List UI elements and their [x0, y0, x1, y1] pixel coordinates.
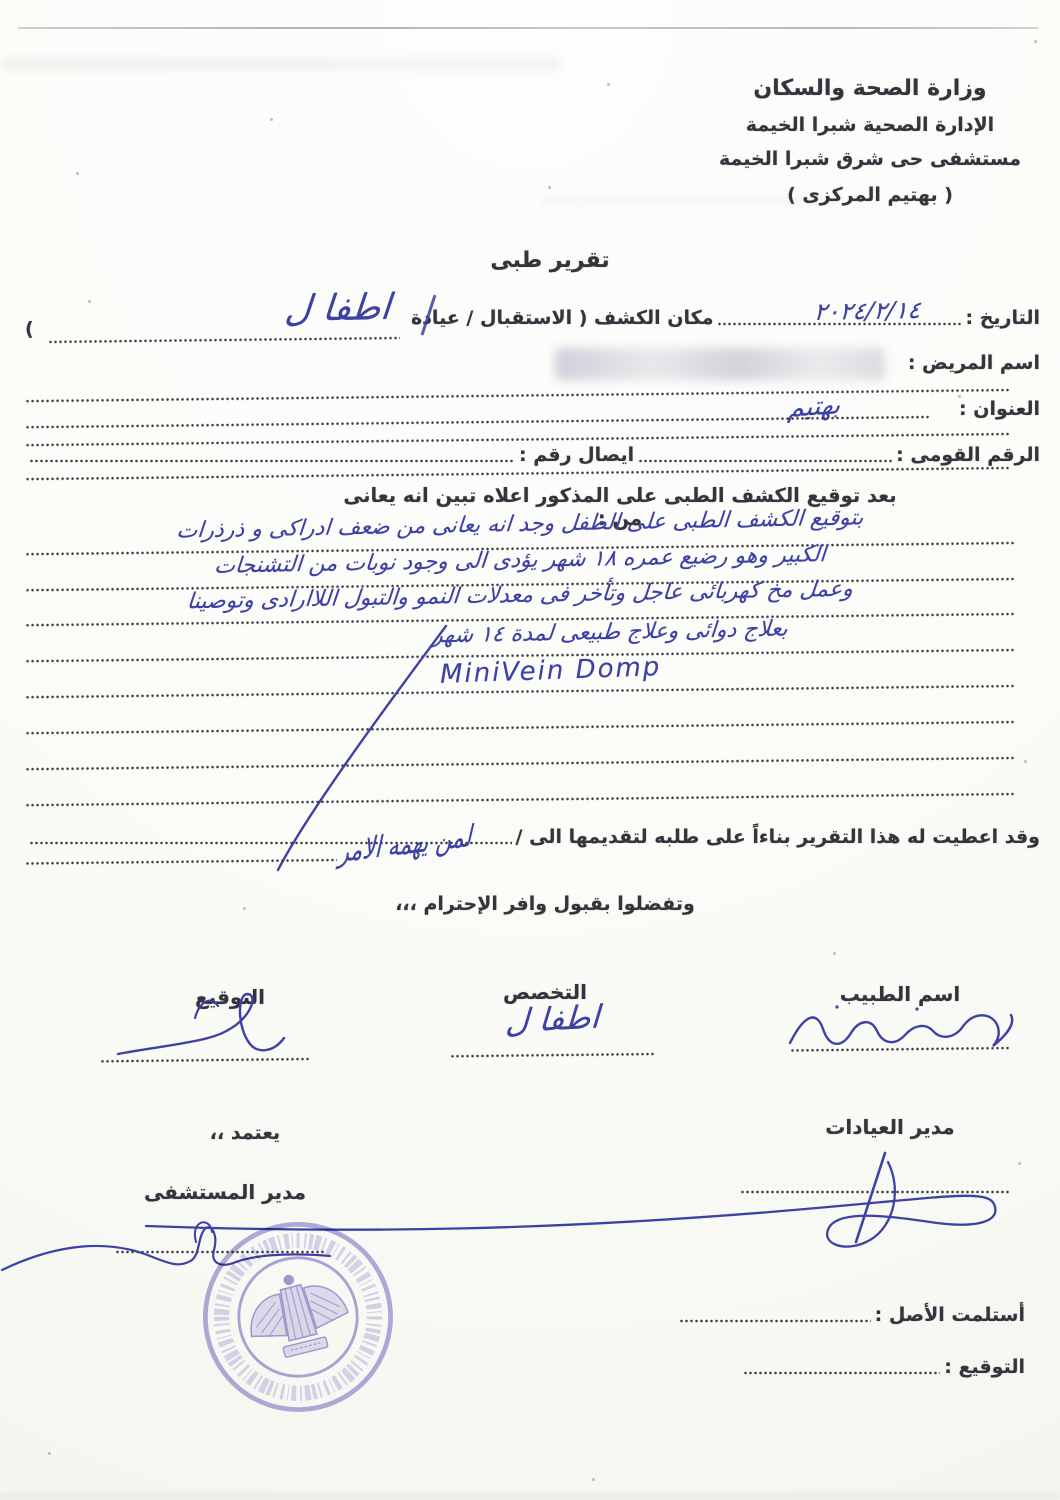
- closing-courtesy: وتفضلوا بقبول وافر الإحترام ،،،: [380, 893, 710, 915]
- findings-handwritten-line: وعمل مخ كهربائى عاجل وتأخر فى معدلات الن…: [28, 574, 1012, 618]
- dotted-line: [48, 336, 400, 344]
- hospital-name: مستشفى حى شرق شبرا الخيمة: [700, 148, 1040, 170]
- receipt-number-label: ايصال رقم :: [519, 444, 634, 466]
- dotted-line: [25, 720, 1015, 735]
- issuance-field: لمن يهمه الامر: [25, 822, 516, 848]
- health-administration: الإدارة الصحية شبرا الخيمة: [700, 114, 1040, 136]
- date-row: التاريخ : ٢٠٢٤/٢/١٤ مكان الكشف ( الاستقب…: [411, 303, 1040, 329]
- clinics-director-label: مدير العيادات: [795, 1115, 985, 1139]
- doctor-signature: [775, 995, 1025, 1065]
- date-label: التاريخ :: [965, 307, 1040, 329]
- hospital-branch: ( بهتيم المركزى ): [700, 184, 1040, 206]
- dotted-line: [25, 466, 1010, 481]
- national-id-row: الرقم القومى : ايصال رقم :: [25, 440, 1040, 466]
- footer-signature-row: التوقيع :: [739, 1352, 1025, 1378]
- approved-label: يعتمد ،،: [185, 1122, 305, 1144]
- dotted-line: [25, 388, 1010, 403]
- received-original-label: أستلمت الأصل :: [875, 1304, 1025, 1326]
- scan-edge-line: [18, 27, 1038, 29]
- date-field: ٢٠٢٤/٢/١٤: [713, 303, 965, 329]
- issuance-label: وقد اعطيت له هذا التقرير بناءاً على طلبه…: [516, 826, 1040, 848]
- exam-place-label: مكان الكشف ( الاستقبال / عيادة: [411, 307, 714, 329]
- eagle-icon: [239, 1263, 355, 1364]
- exam-place-close-paren: ): [25, 318, 34, 340]
- ministry-name: وزارة الصحة والسكان: [700, 76, 1040, 101]
- national-id-label: الرقم القومى :: [896, 444, 1040, 466]
- dotted-line: [450, 1052, 655, 1058]
- scan-smudge: [0, 1492, 1060, 1500]
- footer-signature-field: [739, 1352, 944, 1378]
- dotted-line: [25, 756, 1015, 771]
- findings-handwritten-latin: MiniVein Domp: [440, 652, 662, 690]
- footer-signature-label: التوقيع :: [944, 1356, 1025, 1378]
- date-handwritten: ٢٠٢٤/٢/١٤: [812, 296, 921, 326]
- receipt-number-field: [25, 440, 519, 466]
- address-label: العنوان :: [959, 398, 1040, 420]
- hospital-director-label: مدير المستشفى: [105, 1180, 345, 1204]
- official-stamp: [193, 1212, 403, 1422]
- dotted-line: [29, 459, 515, 463]
- dotted-line: [743, 1371, 940, 1375]
- received-original-field: [675, 1300, 875, 1326]
- national-id-field: [634, 440, 896, 466]
- exam-place-handwritten: اطفا ل: [283, 287, 392, 330]
- scanned-medical-report: وزارة الصحة والسكان الإدارة الصحية شبرا …: [0, 0, 1060, 1500]
- dotted-line: [25, 792, 1015, 807]
- issuance-row: وقد اعطيت له هذا التقرير بناءاً على طلبه…: [25, 822, 1040, 848]
- patient-name-label: اسم المريض :: [908, 352, 1040, 374]
- received-original-row: أستلمت الأصل :: [675, 1300, 1025, 1326]
- dotted-line: [679, 1319, 871, 1323]
- patient-name-redacted: [555, 348, 885, 380]
- report-title: تقرير طبى: [440, 248, 660, 273]
- dotted-line: [638, 459, 892, 463]
- scan-smudge: [0, 58, 560, 70]
